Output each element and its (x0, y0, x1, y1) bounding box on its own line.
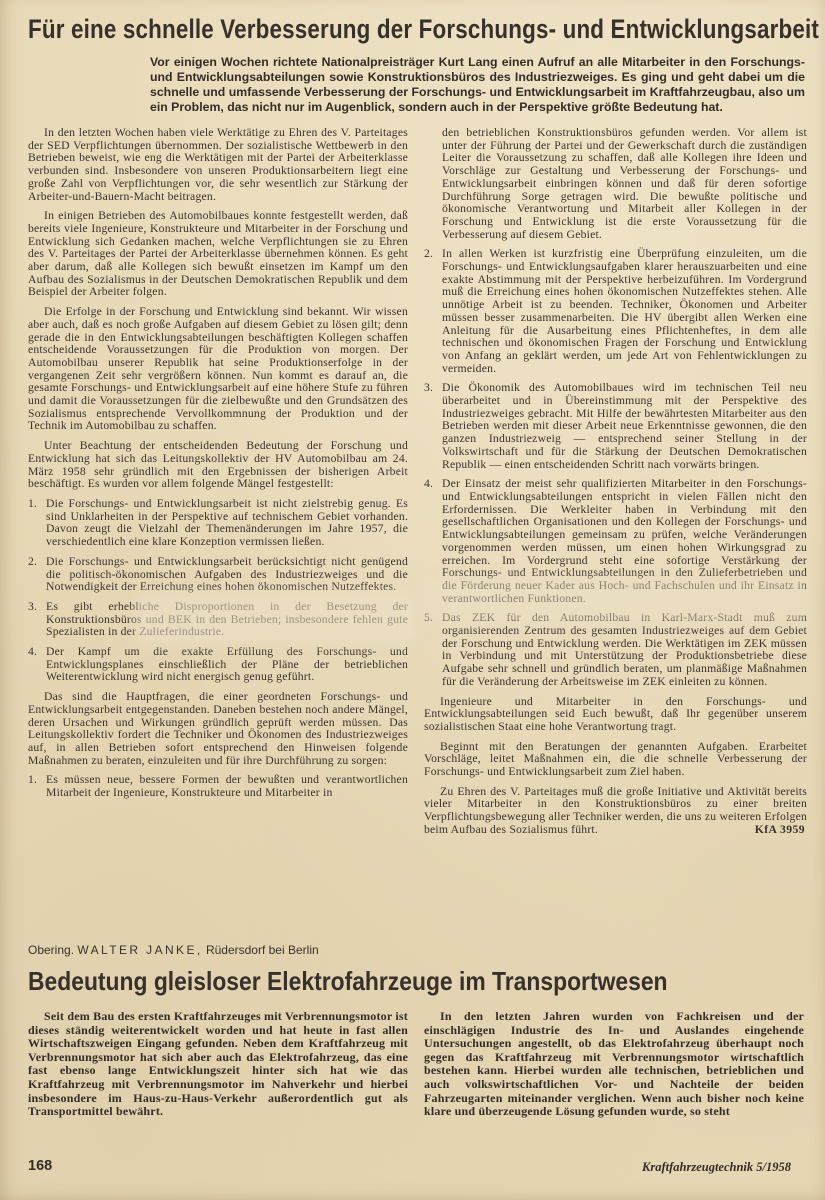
list-item: 3. Es gibt erhebliche Disproportionen in… (28, 601, 408, 639)
article2-columns: Seit dem Bau des ersten Kraftfahrzeuges … (28, 1010, 808, 1119)
item-text: Die Forschungs- und Entwicklungsarbeit b… (46, 556, 408, 594)
item-number: 2. (424, 248, 442, 375)
list-item: 2. Die Forschungs- und Entwicklungsarbei… (28, 556, 408, 594)
item-number: 2. (28, 556, 46, 594)
item-number: 5. (424, 612, 442, 688)
journal-footer: Kraftfahrzeugtechnik 5/1958 (642, 1160, 791, 1175)
article1-columns: In den letzten Wochen haben viele Werktä… (28, 127, 808, 927)
item-number: 1. (28, 774, 46, 799)
item-number: 4. (424, 478, 442, 605)
item-number: 1. (28, 498, 46, 549)
magazine-page: Für eine schnelle Verbesserung der Forsc… (0, 0, 825, 1200)
article2-right-paragraph: In den letzten Jahren wurden von Fachkre… (424, 1010, 804, 1119)
paragraph: Ingenieure und Mitarbeiter in den Forsch… (424, 696, 807, 734)
item-number: 4. (28, 646, 46, 684)
list-item: 1. Es müssen neue, bessere Formen der be… (28, 774, 408, 799)
paragraph: In einigen Betrieben des Automobilbaues … (28, 210, 408, 299)
list-item: 2. In allen Werken ist kurzfristig eine … (424, 248, 807, 375)
item-text: In allen Werken ist kurzfristig eine Übe… (442, 248, 807, 375)
item-text: Der Kampf um die exakte Erfüllung des Fo… (46, 646, 408, 684)
closing-paragraph: Zu Ehren des V. Parteitages muß die groß… (424, 786, 807, 837)
item-text: Es müssen neue, bessere Formen der bewuß… (46, 774, 408, 799)
article2-byline: Obering. WALTER JANKE, Rüdersdorf bei Be… (28, 943, 808, 957)
item-text: Es gibt erhebliche Disproportionen in de… (46, 601, 408, 639)
article2-left-paragraph: Seit dem Bau des ersten Kraftfahrzeuges … (28, 1010, 408, 1119)
byline-prefix: Obering. (28, 943, 74, 957)
article2: Obering. WALTER JANKE, Rüdersdorf bei Be… (28, 943, 808, 1119)
article1-left-column: In den letzten Wochen haben viele Werktä… (28, 127, 408, 807)
article2-title: Bedeutung gleisloser Elektrofahrzeuge im… (28, 966, 714, 997)
item-number: 3. (28, 601, 46, 639)
kfa-code: KfA 3959 (739, 824, 805, 837)
item-text: Der Einsatz der meist sehr qualifizierte… (442, 478, 807, 605)
list-item: 1. Die Forschungs- und Entwicklungsarbei… (28, 498, 408, 549)
article1-intro-paragraph: Vor einigen Wochen richtete Nationalprei… (150, 55, 805, 115)
paragraph: Unter Beachtung der entscheidenden Bedeu… (28, 440, 408, 491)
list-item: 4. Der Einsatz der meist sehr qualifizie… (424, 478, 807, 605)
item-text: Die Ökonomik des Automobilbaues wird im … (442, 382, 807, 471)
page-number: 168 (28, 1158, 52, 1174)
page-content: Für eine schnelle Verbesserung der Forsc… (0, 0, 825, 1119)
list-item: 4. Der Kampf um die exakte Erfüllung des… (28, 646, 408, 684)
list-item: 5. Das ZEK für den Automobilbau in Karl-… (424, 612, 807, 688)
item-text: Die Forschungs- und Entwicklungsarbeit i… (46, 498, 408, 549)
byline-location: Rüdersdorf bei Berlin (206, 943, 319, 957)
paragraph: Die Erfolge in der Forschung und Entwick… (28, 306, 408, 433)
paragraph: Das sind die Hauptfragen, die einer geor… (28, 691, 408, 767)
list-item: 3. Die Ökonomik des Automobilbaues wird … (424, 382, 807, 471)
continuation-paragraph: den betrieblichen Konstruktionsbüros gef… (442, 127, 807, 241)
article1-title: Für eine schnelle Verbesserung der Forsc… (28, 14, 675, 45)
article1-right-column: den betrieblichen Konstruktionsbüros gef… (424, 127, 807, 837)
item-number: 3. (424, 382, 442, 471)
byline-author-name: WALTER JANKE, (77, 943, 202, 957)
paragraph: Beginnt mit den Beratungen der genannten… (424, 741, 807, 779)
paragraph: In den letzten Wochen haben viele Werktä… (28, 127, 408, 203)
item-text: Das ZEK für den Automobilbau in Karl-Mar… (442, 612, 807, 688)
